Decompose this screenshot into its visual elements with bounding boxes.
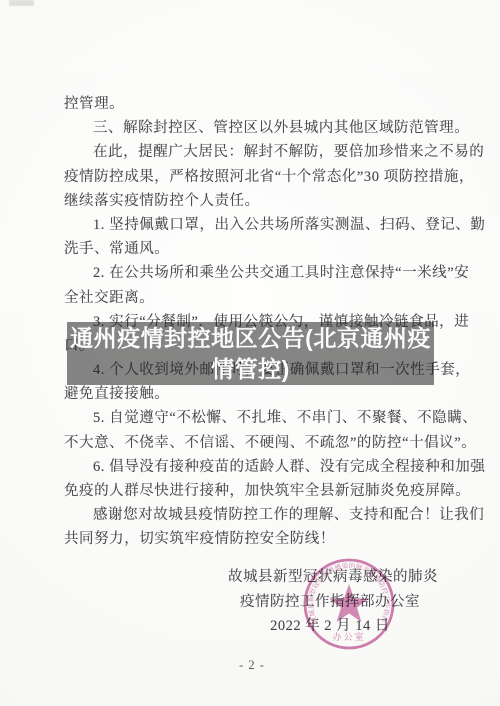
body-line: 疫情防控成果，严格按照河北省“十个常态化”30 项防控措施， xyxy=(64,165,446,189)
scanned-document-page: 控管理。三、解除封控区、管控区以外县城内其他区域防范管理。在此，提醒广大居民：解… xyxy=(0,0,500,706)
overlay-title-line1: 通州疫情封控地区公告(北京通州疫 xyxy=(67,323,434,354)
body-line: 三、解除封控区、管控区以外县城内其他区域防范管理。 xyxy=(64,116,446,140)
body-line: 6. 倡导没有接种疫苗的适龄人群、没有完成全程接种和加强 xyxy=(64,455,446,479)
title-overlay: 通州疫情封控地区公告(北京通州疫 情管控) xyxy=(67,322,434,385)
overlay-title-line2: 情管控) xyxy=(67,354,434,385)
body-line: 不大意、不侥幸、不信谣、不硬闯、不疏忽”的防控“十倡议”。 xyxy=(64,431,446,455)
body-line: 洗手、常通风。 xyxy=(64,237,446,261)
body-line: 1. 坚持佩戴口罩，出入公共场所落实测温、扫码、登记、勤 xyxy=(64,213,446,237)
body-line: 共同努力，切实筑牢疫情防控安全防线！ xyxy=(64,527,446,551)
body-line: 继续落实疫情防控个人责任。 xyxy=(64,189,446,213)
page-number: - 2 - xyxy=(222,658,282,673)
body-line: 避免直接接触。 xyxy=(64,382,446,406)
body-line: 控管理。 xyxy=(64,92,446,116)
body-line: 2. 在公共场所和乘坐公共交通工具时注意保持“一米线”安 xyxy=(64,261,446,285)
body-line: 5. 自觉遵守“不松懈、不扎堆、不串门、不聚餐、不隐瞒、 xyxy=(64,406,446,430)
body-line: 在此，提醒广大居民：解封不解防，要倍加珍惜来之不易的 xyxy=(64,140,446,164)
star-icon xyxy=(329,584,369,622)
body-line: 感谢您对故城县疫情防控工作的理解、支持和配合！让我们 xyxy=(64,503,446,527)
body-line: 全社交距离。 xyxy=(64,286,446,310)
scan-artifact xyxy=(9,0,34,6)
seal-center-label: 办公室 xyxy=(332,631,365,642)
official-seal-stamp: 故城县新型冠状病毒感染的肺炎疫情防控工作指挥部 办公室 xyxy=(301,556,397,652)
body-line: 免疫的人群尽快进行接种，加快筑牢全县新冠肺炎免疫屏障。 xyxy=(64,479,446,503)
